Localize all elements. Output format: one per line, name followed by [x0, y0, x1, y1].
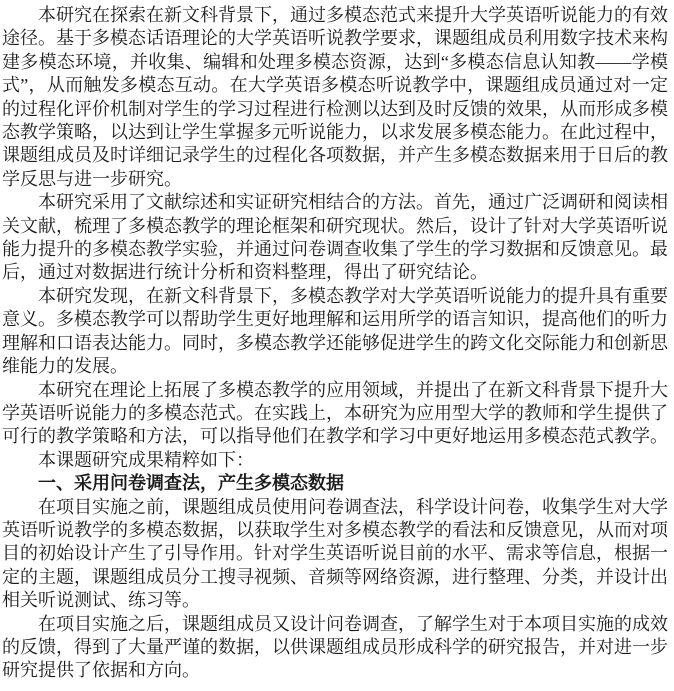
- paragraph-methodology: 本研究采用了文献综述和实证研究相结合的方法。首先，通过广泛调研和阅读相关文献，梳…: [2, 191, 668, 285]
- document-page: 本研究在探索在新文科背景下，通过多模态范式来提升大学英语听说能力的有效途径。基于…: [0, 0, 674, 691]
- results-intro-line: 本课题研究成果精粹如下：: [2, 449, 668, 472]
- paragraph-pre-implementation: 在项目实施之前，课题组成员使用问卷调查法，科学设计问卷，收集学生对大学英语听说教…: [2, 496, 668, 613]
- section-heading-questionnaire-method: 一、采用问卷调查法，产生多模态数据: [2, 472, 668, 495]
- paragraph-overview: 本研究在探索在新文科背景下，通过多模态范式来提升大学英语听说能力的有效途径。基于…: [2, 4, 668, 191]
- paragraph-contributions: 本研究在理论上拓展了多模态教学的应用领域，并提出了在新文科背景下提升大学英语听说…: [2, 379, 668, 449]
- paragraph-post-implementation: 在项目实施之后，课题组成员又设计问卷调查，了解学生对于本项目实施的成效的反馈，得…: [2, 613, 668, 683]
- paragraph-findings: 本研究发现，在新文科背景下，多模态教学对大学英语听说能力的提升具有重要意义。多模…: [2, 285, 668, 379]
